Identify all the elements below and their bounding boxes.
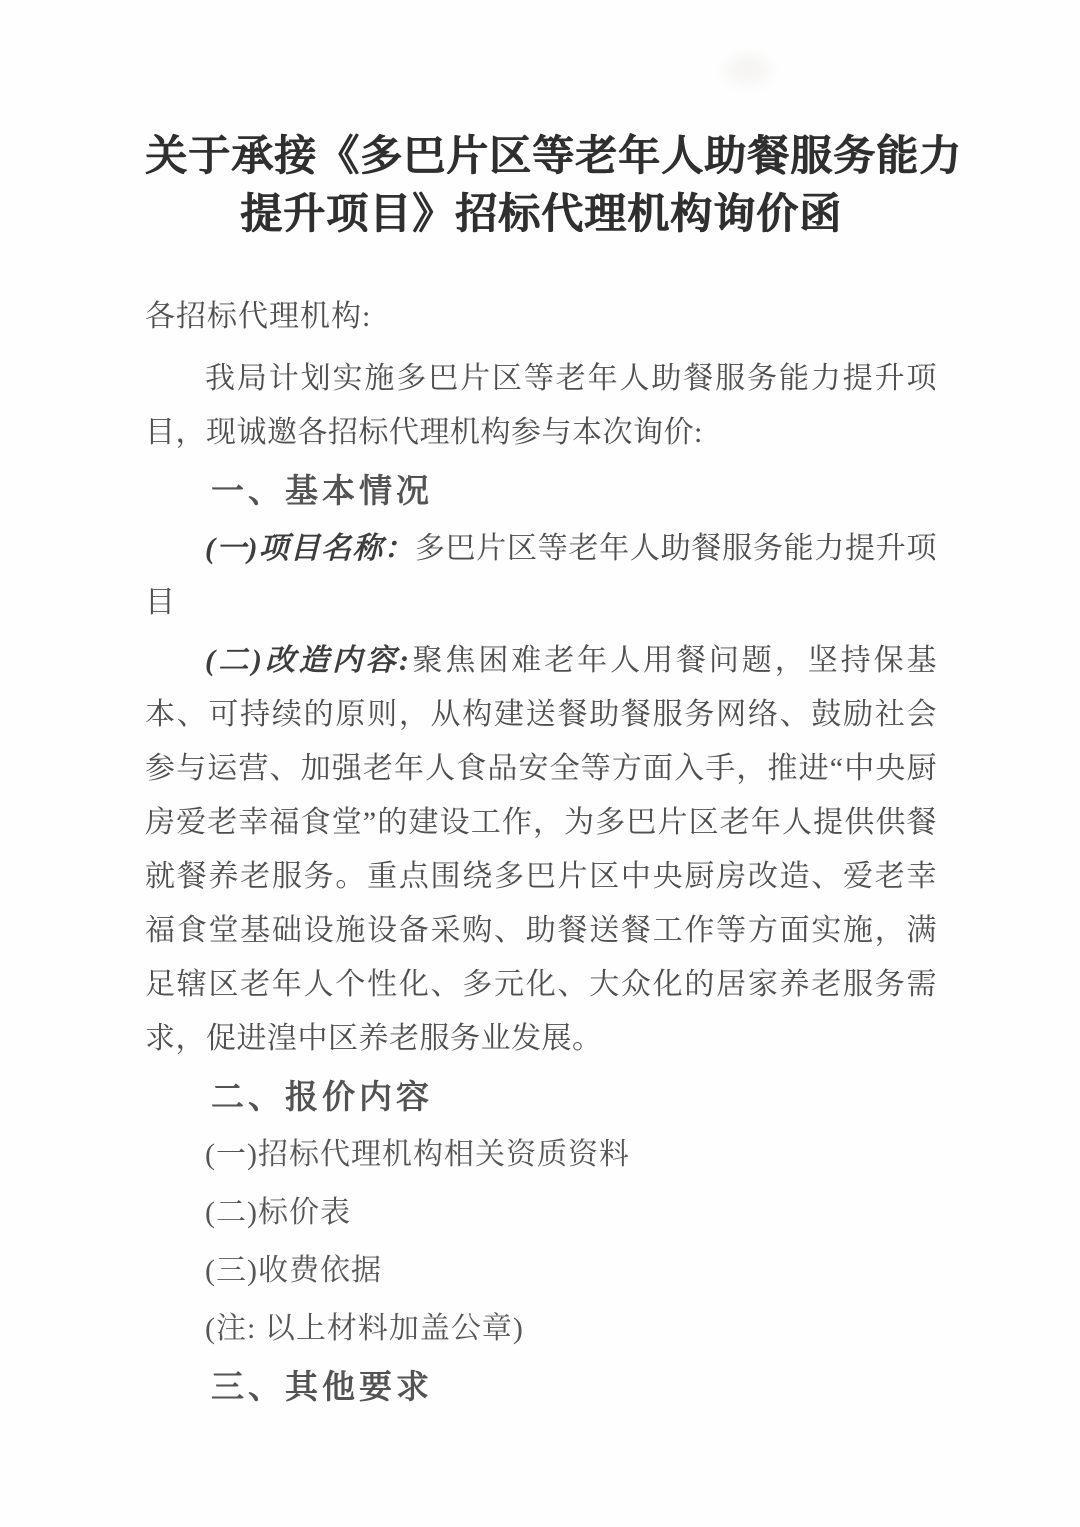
- title-line-1: 关于承接《多巴片区等老年人助餐服务能力: [145, 128, 937, 186]
- quote-item-price-table: (二)标价表: [145, 1186, 937, 1240]
- intro-paragraph: 我局计划实施多巴片区等老年人助餐服务能力提升项目，现诚邀各招标代理机构参与本次询…: [145, 352, 937, 460]
- document-page: 关于承接《多巴片区等老年人助餐服务能力 提升项目》招标代理机构询价函 各招标代理…: [0, 0, 1080, 1527]
- section1-heading: 一、基本情况: [145, 464, 937, 518]
- scan-artifact: [725, 55, 771, 85]
- salutation: 各招标代理机构:: [145, 290, 937, 344]
- document-content: 关于承接《多巴片区等老年人助餐服务能力 提升项目》招标代理机构询价函 各招标代理…: [145, 128, 937, 1418]
- project-name-paragraph: (一)项目名称：多巴片区等老年人助餐服务能力提升项目: [145, 522, 937, 630]
- quote-item-fee-basis: (三)收费依据: [145, 1244, 937, 1298]
- title-line-2: 提升项目》招标代理机构询价函: [145, 186, 937, 244]
- project-name-label: (一)项目名称：: [205, 532, 415, 565]
- renovation-content-label: (二)改造内容:: [205, 644, 410, 677]
- renovation-content-text: 聚焦困难老年人用餐问题，坚持保基本、可持续的原则，从构建送餐助餐服务网络、鼓励社…: [145, 644, 937, 1055]
- document-title: 关于承接《多巴片区等老年人助餐服务能力 提升项目》招标代理机构询价函: [145, 128, 937, 244]
- renovation-content-paragraph: (二)改造内容:聚焦困难老年人用餐问题，坚持保基本、可持续的原则，从构建送餐助餐…: [145, 634, 937, 1066]
- section3-heading: 三、其他要求: [145, 1360, 937, 1414]
- seal-note: (注: 以上材料加盖公章): [145, 1302, 937, 1356]
- quote-item-qualifications: (一)招标代理机构相关资质资料: [145, 1128, 937, 1182]
- section2-heading: 二、报价内容: [145, 1070, 937, 1124]
